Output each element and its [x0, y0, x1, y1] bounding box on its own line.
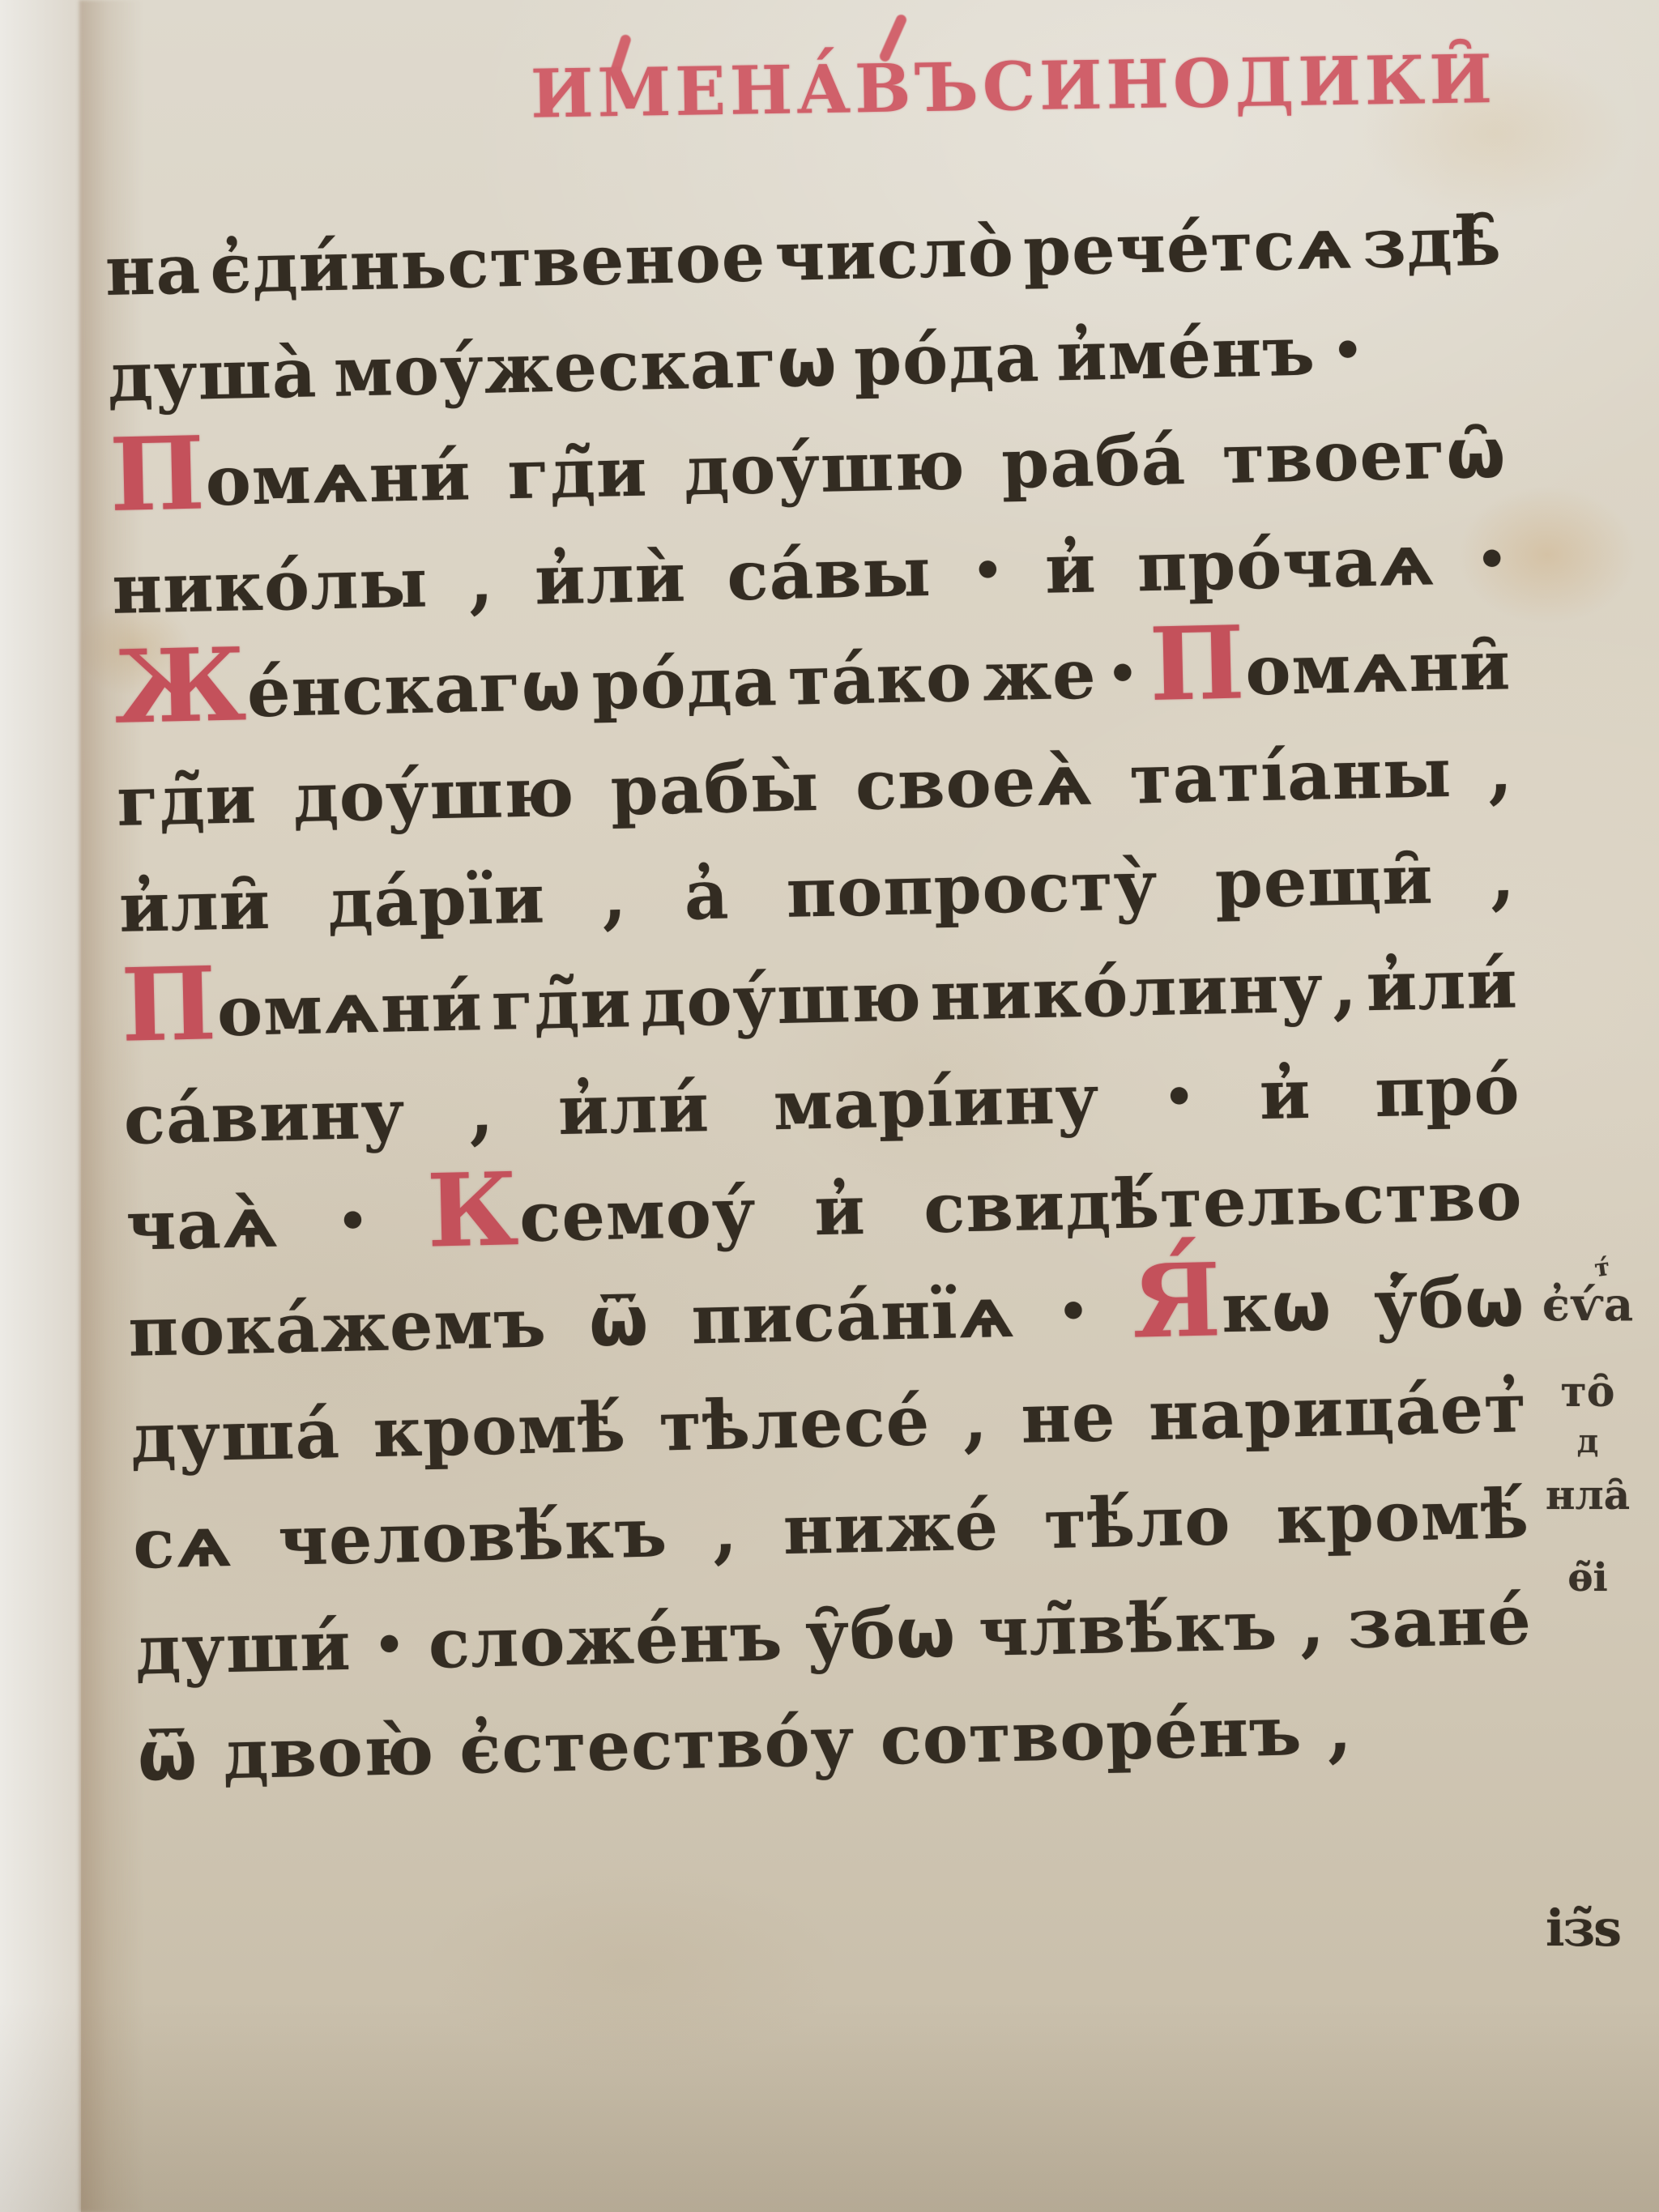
- margin-note: то̑: [1521, 1367, 1654, 1417]
- word: Я́кѡ: [1132, 1262, 1333, 1353]
- word: ,: [1326, 1686, 1353, 1775]
- word: зане́: [1347, 1576, 1533, 1668]
- word: Помѧни́: [121, 962, 484, 1058]
- word: тѣ́ло: [1043, 1477, 1232, 1568]
- word: ,: [468, 1068, 495, 1157]
- word: са́вину: [123, 1070, 407, 1164]
- margin-notes: т́є̓ѵ́ато̑днла̑ѳ̃і: [1516, 0, 1659, 2212]
- text-lines: нає̓ди́ньственоечисло̀рече́тсѧздѣ̑душа̀м…: [104, 197, 1535, 1818]
- word: чаѧ̀: [125, 1179, 279, 1270]
- word: кромѣ́: [372, 1383, 627, 1477]
- word: и̓ме́нъ: [1056, 307, 1316, 400]
- photo-vignette: [0, 2001, 1659, 2212]
- word: •: [1475, 516, 1509, 604]
- word: нико́лину: [929, 944, 1324, 1040]
- word: та́ко: [787, 633, 973, 725]
- word: душа́: [130, 1390, 341, 1482]
- word: здѣ̑: [1362, 197, 1503, 288]
- word: а̓: [684, 850, 731, 939]
- word: своеѧ̀: [855, 737, 1094, 829]
- word: ,: [712, 1487, 739, 1575]
- word: доу́шю: [683, 421, 966, 515]
- word: да́рїи: [326, 855, 546, 947]
- word: доу́шю: [292, 748, 575, 842]
- word: сѧ: [132, 1498, 233, 1588]
- margin-note: нла̑: [1521, 1471, 1654, 1519]
- word: про́чаѧ: [1137, 517, 1436, 611]
- photo-background: ИМЕНА́ВЪСИНОДИКИ̑ нає̓ди́ньственоечисло̀…: [0, 0, 1659, 2212]
- word: нарица́ет̓: [1148, 1364, 1528, 1460]
- word: чл̃вѣ́къ: [978, 1582, 1279, 1676]
- word: •: [1162, 1054, 1196, 1142]
- word: ,: [1299, 1581, 1326, 1669]
- word: ро́да: [591, 637, 778, 729]
- word: пока́жемъ: [127, 1279, 547, 1375]
- word: нико́лы: [111, 539, 429, 633]
- margin-note: т́є̓ѵ́а: [1521, 1260, 1654, 1332]
- word: рече́тсѧ: [1022, 200, 1354, 295]
- word: ,: [468, 538, 495, 626]
- word: •: [1331, 307, 1365, 395]
- word: гд̃и: [491, 959, 633, 1050]
- word: писа́нїѧ: [690, 1269, 1016, 1364]
- word: число̀: [774, 208, 1014, 300]
- page-title: ИМЕНА́ВЪСИНОДИКИ̑: [530, 45, 1219, 133]
- word: доу́шю: [639, 953, 922, 1046]
- title-word: СИНОДИКИ̑: [982, 40, 1497, 126]
- margin-note: д: [1521, 1422, 1654, 1460]
- word: таті́аны: [1128, 729, 1452, 824]
- word: Же́нскагѡ: [113, 641, 582, 739]
- word: души́: [134, 1602, 352, 1694]
- word: ѿ: [137, 1711, 198, 1801]
- word: ,: [1490, 833, 1516, 922]
- word: попросту̀: [786, 842, 1159, 937]
- word: и̓лѝ: [534, 533, 687, 624]
- word: не: [1020, 1373, 1116, 1463]
- word: на: [104, 225, 202, 315]
- word: рабы̀: [610, 743, 821, 835]
- word: и̓: [1259, 1051, 1312, 1139]
- margin-note-superscript: т́: [1535, 1251, 1659, 1286]
- word: гд̃и: [116, 755, 258, 846]
- title-word: ИМЕНА́: [530, 50, 855, 133]
- word: кромѣ́: [1275, 1470, 1530, 1563]
- word: ѿ: [588, 1277, 650, 1366]
- red-initial: П: [1148, 604, 1246, 724]
- page-edge: [0, 0, 81, 2212]
- word: ниже́: [783, 1481, 1000, 1574]
- word: •: [971, 527, 1005, 616]
- red-initial: К: [426, 1151, 521, 1270]
- word: •: [336, 1178, 370, 1266]
- word: тѣлесе́: [659, 1377, 932, 1470]
- word: у̑бѡ: [804, 1589, 957, 1680]
- word: •: [1057, 1268, 1091, 1357]
- word: и̓ли́: [557, 1063, 710, 1154]
- word: свидѣ́тельство: [923, 1152, 1523, 1252]
- red-initial: Ж: [113, 626, 249, 747]
- word: сотворе́нъ: [879, 1687, 1303, 1784]
- red-initial: Я́: [1131, 1242, 1222, 1361]
- word: двою̀: [222, 1707, 435, 1799]
- word: и̓: [1044, 524, 1098, 612]
- word: є̓стество́у: [458, 1697, 855, 1793]
- word: твоегѡ̑: [1222, 409, 1508, 503]
- title-word: ВЪ: [854, 49, 983, 128]
- word: є̓ди́ньственое: [209, 213, 766, 313]
- word: и̓: [813, 1166, 867, 1255]
- margin-note: ѳ̃і: [1521, 1555, 1654, 1600]
- word: и̓ли̑: [118, 861, 271, 952]
- word: марі́ину: [773, 1055, 1101, 1150]
- word: ро́да: [853, 313, 1040, 405]
- word: раба́: [1000, 416, 1187, 508]
- word: •: [1106, 630, 1140, 718]
- word: ,: [962, 1376, 989, 1464]
- word: •: [373, 1601, 407, 1690]
- word: у̓́бѡ: [1373, 1258, 1525, 1349]
- word: рещи̑: [1214, 835, 1435, 927]
- word: Помѧни̑: [1149, 621, 1512, 717]
- word: сложе́нъ: [428, 1592, 784, 1688]
- word: са́вы: [726, 528, 932, 620]
- word: гд̃и: [506, 428, 648, 518]
- word: ,: [1487, 727, 1514, 816]
- word: душа̀: [107, 329, 318, 421]
- word: ,: [601, 853, 628, 941]
- word: Ксемоу́: [426, 1169, 757, 1264]
- word: же: [982, 630, 1098, 720]
- word: и̓ли́: [1366, 940, 1519, 1030]
- red-initial: П: [109, 415, 207, 535]
- quire-signature-mark: із̃ѕ: [1518, 1899, 1648, 1958]
- word: моу́жескагѡ: [333, 318, 838, 416]
- word: про́: [1374, 1046, 1521, 1136]
- word: Помѧни́: [109, 432, 471, 527]
- word: человѣ́къ: [277, 1489, 668, 1584]
- word: ,: [1332, 944, 1358, 1032]
- red-initial: П: [120, 945, 218, 1065]
